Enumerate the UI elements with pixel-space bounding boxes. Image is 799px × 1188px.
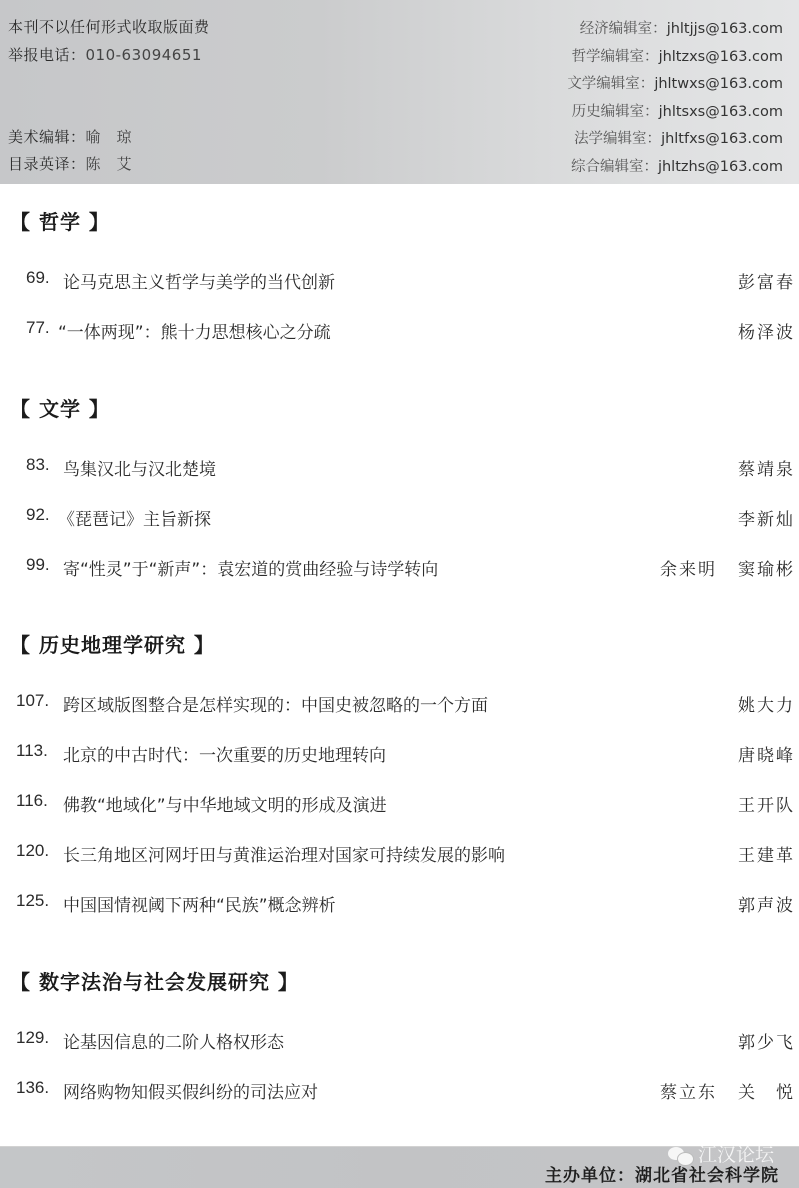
author: 李新灿 xyxy=(738,505,795,530)
article-title: 网络购物知假买假纠纷的司法应对 xyxy=(63,1078,318,1103)
watermark: 江汉论坛 xyxy=(668,1140,774,1167)
page-number: 120. xyxy=(16,841,49,861)
author: 唐晓峰 xyxy=(738,741,795,766)
contact-email[interactable]: jhltsxs@163.com xyxy=(659,104,783,120)
contact-email[interactable]: jhltzhs@163.com xyxy=(658,159,783,175)
article-title: 《琵琶记》主旨新探 xyxy=(58,505,211,530)
contact-economics: 经济编辑室：jhltjjs@163.com xyxy=(580,17,783,38)
translator: 目录英译：陈 艾 xyxy=(8,153,132,174)
toc-entry[interactable]: 125. 中国国情视阈下两种“民族”概念辨析 郭声波 xyxy=(0,891,799,917)
toc-entry[interactable]: 120. 长三角地区河网圩田与黄淮运治理对国家可持续发展的影响 王建革 xyxy=(0,841,799,867)
article-title: 鸟集汉北与汉北楚境 xyxy=(63,455,216,480)
section-title-digital-law: 【 数字法治与社会发展研究 】 xyxy=(10,966,299,995)
article-title: 论马克思主义哲学与美学的当代创新 xyxy=(63,268,335,293)
contact-philosophy: 哲学编辑室：jhltzxs@163.com xyxy=(572,45,783,66)
fee-notice: 本刊不以任何形式收取版面费 xyxy=(8,16,210,37)
contact-email[interactable]: jhltzxs@163.com xyxy=(659,49,783,65)
wechat-icon xyxy=(668,1147,694,1165)
toc-entry[interactable]: 99. 寄“性灵”于“新声”：袁宏道的赏曲经验与诗学转向 余来明 窦瑜彬 xyxy=(0,555,799,581)
page-number: 77. xyxy=(26,318,50,338)
author: 郭少飞 xyxy=(738,1028,795,1053)
page-number: 125. xyxy=(16,891,49,911)
author: 关 悦 xyxy=(738,1078,795,1103)
page-number: 83. xyxy=(26,455,50,475)
toc-entry[interactable]: 92. 《琵琶记》主旨新探 李新灿 xyxy=(0,505,799,531)
hotline: 举报电话：010-63094651 xyxy=(8,44,202,65)
article-title: 北京的中古时代：一次重要的历史地理转向 xyxy=(63,741,386,766)
page-number: 99. xyxy=(26,555,50,575)
toc-entry[interactable]: 107. 跨区域版图整合是怎样实现的：中国史被忽略的一个方面 姚大力 xyxy=(0,691,799,717)
translator-name: 陈 艾 xyxy=(86,155,133,173)
toc-entry[interactable]: 83. 鸟集汉北与汉北楚境 蔡靖泉 xyxy=(0,455,799,481)
page-number: 107. xyxy=(16,691,49,711)
art-editor-label: 美术编辑： xyxy=(8,128,86,146)
art-editor: 美术编辑：喻 琼 xyxy=(8,126,132,147)
masthead-band: 本刊不以任何形式收取版面费 举报电话：010-63094651 美术编辑：喻 琼… xyxy=(0,0,799,184)
page-number: 92. xyxy=(26,505,50,525)
hotline-number: 010-63094651 xyxy=(86,46,202,64)
article-title: 论基因信息的二阶人格权形态 xyxy=(63,1028,284,1053)
watermark-text: 江汉论坛 xyxy=(698,1144,774,1166)
author: 蔡靖泉 xyxy=(738,455,795,480)
toc-entry[interactable]: 69. 论马克思主义哲学与美学的当代创新 彭富春 xyxy=(0,268,799,294)
toc-entry[interactable]: 77. “一体两现”：熊十力思想核心之分疏 杨泽波 xyxy=(0,318,799,344)
toc-entry[interactable]: 136. 网络购物知假买假纠纷的司法应对 蔡立东 关 悦 xyxy=(0,1078,799,1104)
section-title-philosophy: 【 哲学 】 xyxy=(10,206,110,235)
section-title-literature: 【 文学 】 xyxy=(10,393,110,422)
page-number: 129. xyxy=(16,1028,49,1048)
page-number: 136. xyxy=(16,1078,49,1098)
contact-label: 综合编辑室： xyxy=(571,159,658,175)
page-number: 113. xyxy=(16,741,48,761)
translator-label: 目录英译： xyxy=(8,155,86,173)
author: 彭富春 xyxy=(738,268,795,293)
contact-email[interactable]: jhltfxs@163.com xyxy=(661,131,783,147)
hotline-label: 举报电话： xyxy=(8,46,86,64)
author: 姚大力 xyxy=(738,691,795,716)
contact-label: 法学编辑室： xyxy=(574,131,661,147)
contact-history: 历史编辑室：jhltsxs@163.com xyxy=(572,100,783,121)
author: 蔡立东 xyxy=(660,1078,717,1103)
article-title: 长三角地区河网圩田与黄淮运治理对国家可持续发展的影响 xyxy=(63,841,505,866)
section-title-historical-geography: 【 历史地理学研究 】 xyxy=(10,629,215,658)
author: 余来明 xyxy=(660,555,717,580)
contact-label: 文学编辑室： xyxy=(567,76,654,92)
contact-email[interactable]: jhltjjs@163.com xyxy=(667,21,783,37)
author: 郭声波 xyxy=(738,891,795,916)
page-number: 69. xyxy=(26,268,50,288)
author: 王开队 xyxy=(738,791,795,816)
article-title: 寄“性灵”于“新声”：袁宏道的赏曲经验与诗学转向 xyxy=(63,555,438,580)
article-title: 中国国情视阈下两种“民族”概念辨析 xyxy=(63,891,336,916)
article-title: “一体两现”：熊十力思想核心之分疏 xyxy=(58,318,331,343)
contact-general: 综合编辑室：jhltzhs@163.com xyxy=(571,155,783,176)
toc-entry[interactable]: 116. 佛教“地域化”与中华地域文明的形成及演进 王开队 xyxy=(0,791,799,817)
contact-label: 经济编辑室： xyxy=(580,21,667,37)
art-editor-name: 喻 琼 xyxy=(86,128,133,146)
toc-entry[interactable]: 113. 北京的中古时代：一次重要的历史地理转向 唐晓峰 xyxy=(0,741,799,767)
author: 王建革 xyxy=(738,841,795,866)
contact-literature: 文学编辑室：jhltwxs@163.com xyxy=(567,72,783,93)
contact-law: 法学编辑室：jhltfxs@163.com xyxy=(574,127,783,148)
contact-email[interactable]: jhltwxs@163.com xyxy=(654,76,783,92)
toc-entry[interactable]: 129. 论基因信息的二阶人格权形态 郭少飞 xyxy=(0,1028,799,1054)
article-title: 佛教“地域化”与中华地域文明的形成及演进 xyxy=(63,791,387,816)
author: 杨泽波 xyxy=(738,318,795,343)
page-number: 116. xyxy=(16,791,48,811)
contact-label: 历史编辑室： xyxy=(572,104,659,120)
author: 窦瑜彬 xyxy=(738,555,795,580)
article-title: 跨区域版图整合是怎样实现的：中国史被忽略的一个方面 xyxy=(63,691,488,716)
contact-label: 哲学编辑室： xyxy=(572,49,659,65)
